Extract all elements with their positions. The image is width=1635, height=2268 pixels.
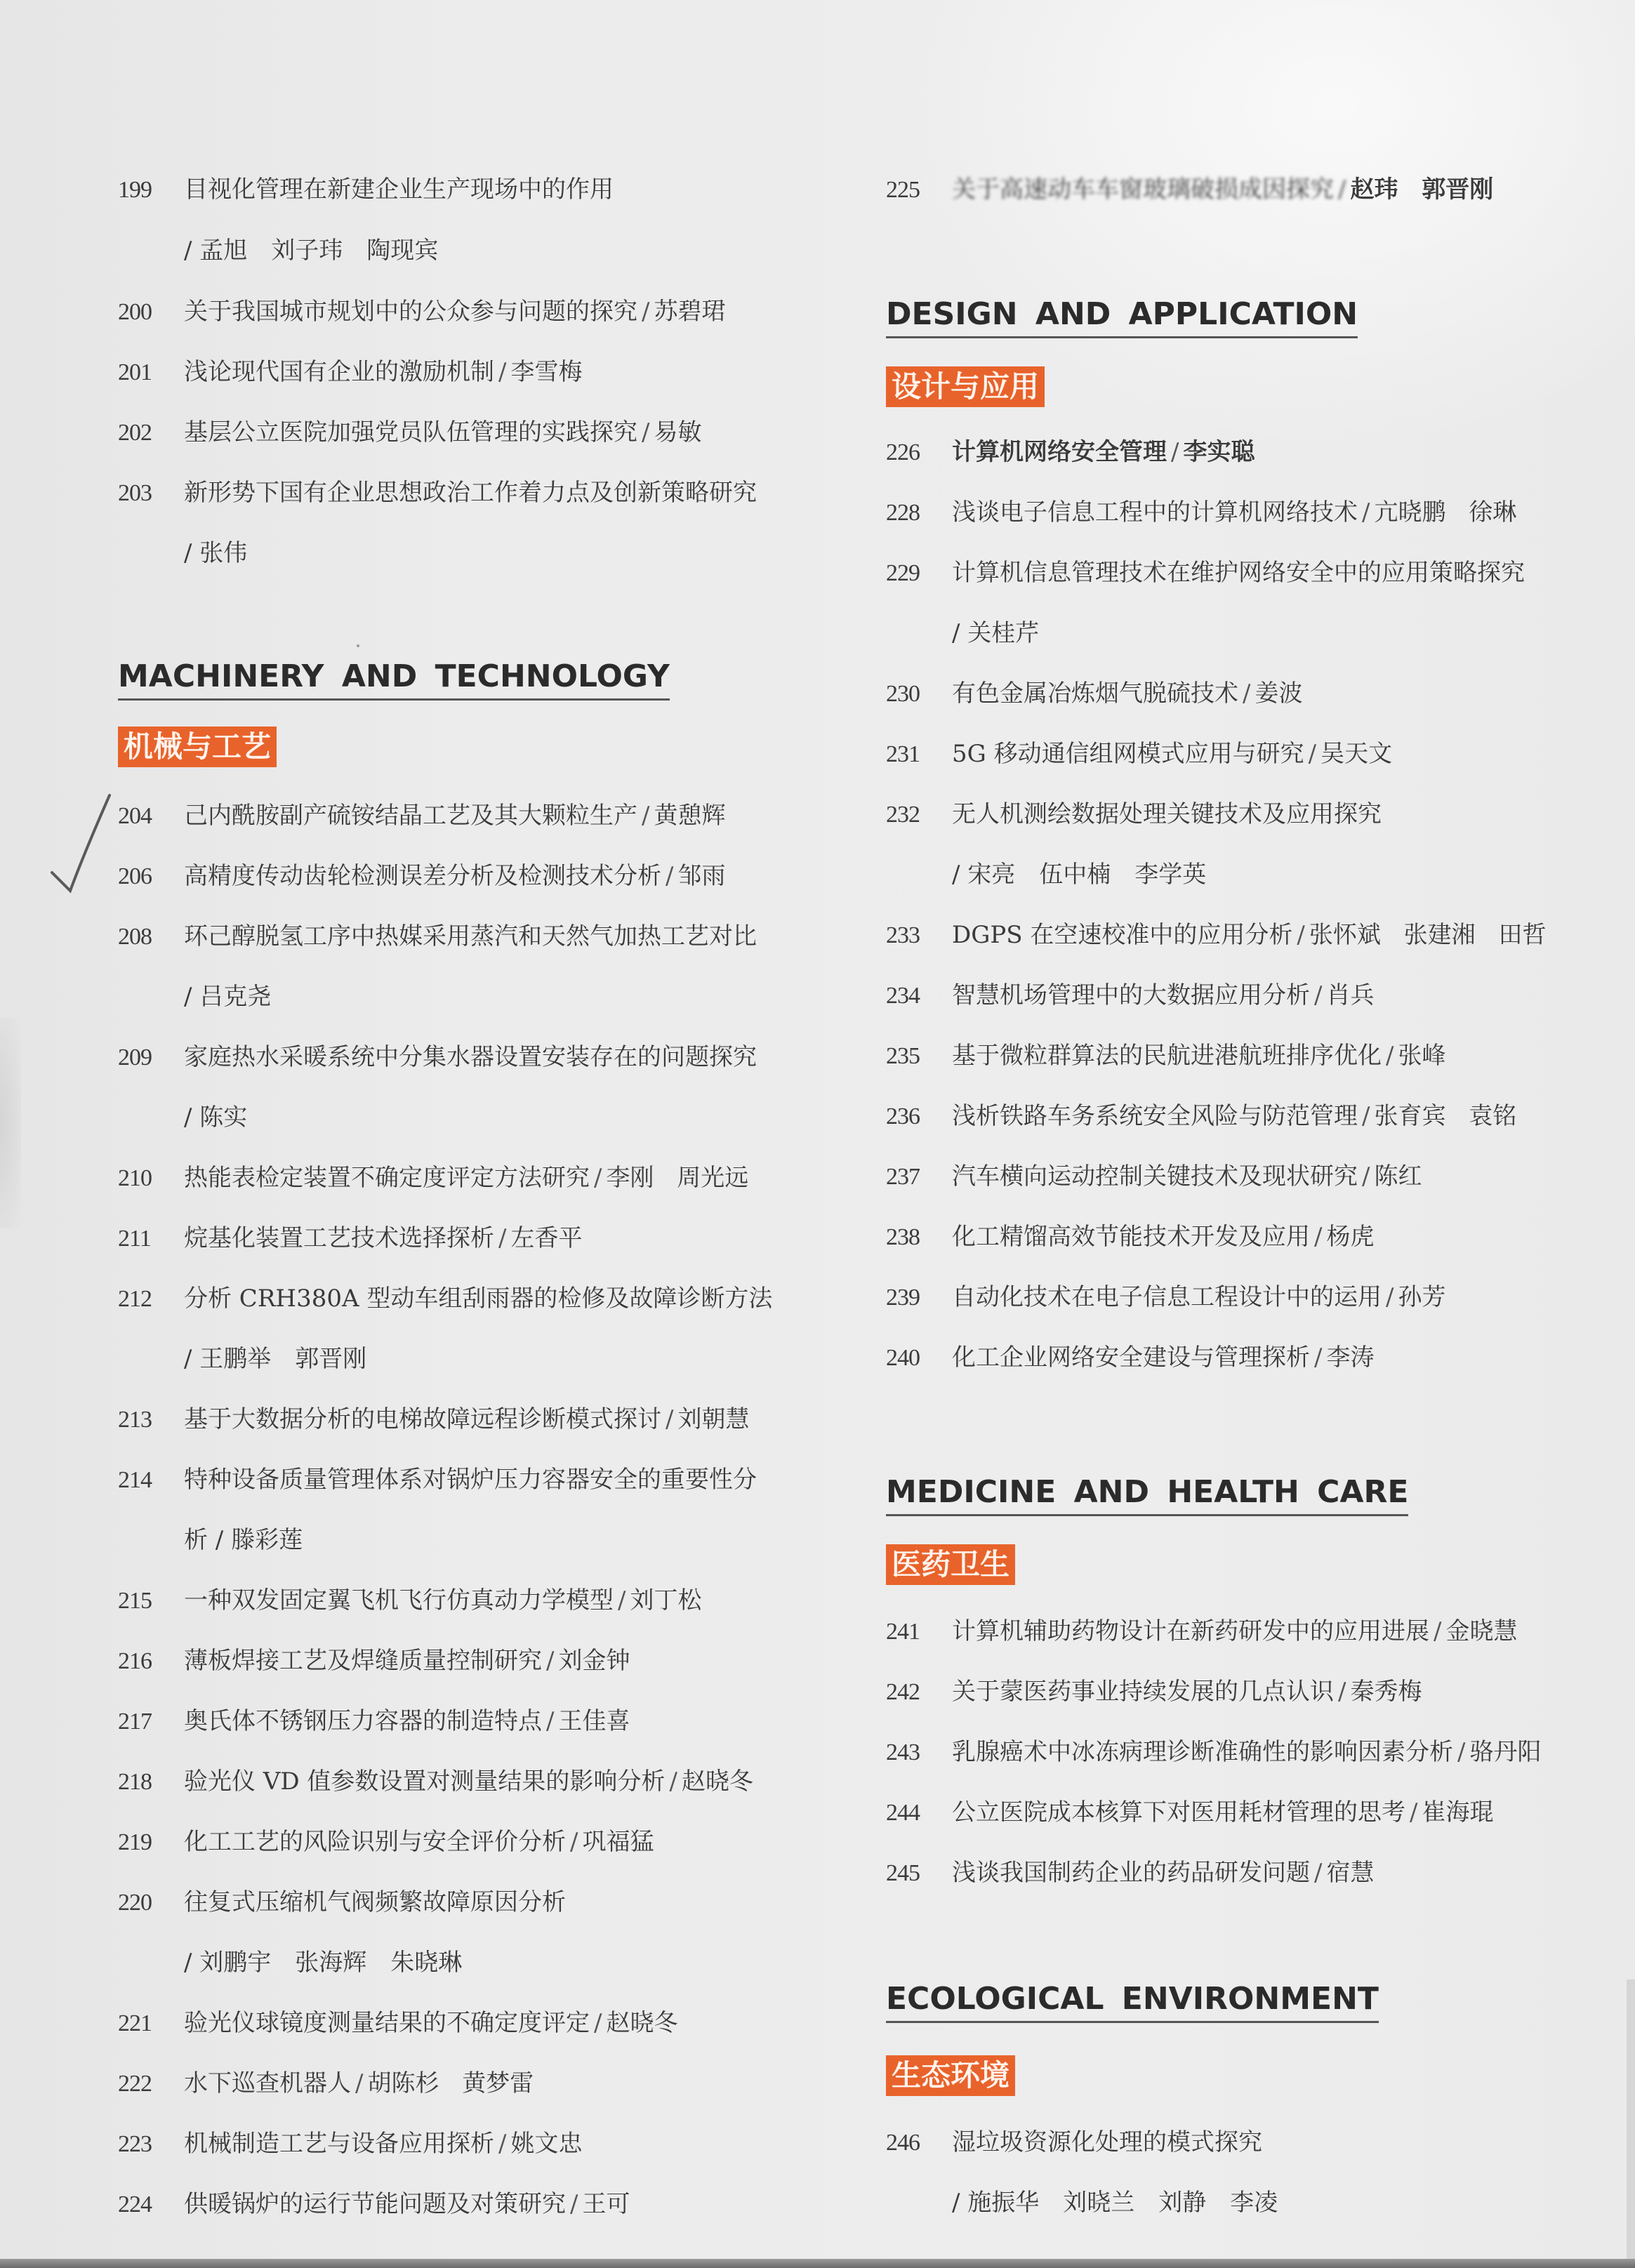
toc-entry[interactable]: 232无人机测绘数据处理关键技术及应用探究 bbox=[886, 799, 1382, 830]
article-authors: 刘朝慧 bbox=[677, 1405, 749, 1433]
page-number: 220 bbox=[118, 1888, 184, 1918]
article-authors: 张怀斌 张建湘 田哲 bbox=[1309, 921, 1547, 949]
article-title: 5G 移动通信组网模式应用与研究 bbox=[952, 740, 1304, 768]
article-authors: 张峰 bbox=[1398, 1042, 1445, 1070]
article-title: 浅论现代国有企业的激励机制 bbox=[184, 358, 494, 386]
toc-entry-authors: / 孟旭 刘子玮 陶现宾 bbox=[184, 235, 438, 266]
article-title: 浅析铁路车务系统安全风险与防范管理 bbox=[952, 1102, 1358, 1130]
article-authors: 赵玮 郭晋刚 bbox=[1350, 175, 1493, 204]
page-number: 246 bbox=[886, 2128, 952, 2158]
article-authors: 赵晓冬 bbox=[606, 2009, 677, 2037]
page-number: 209 bbox=[118, 1042, 184, 1073]
check-mark-icon bbox=[42, 790, 126, 895]
toc-entry-authors: / 宋亮 伍中楠 李学英 bbox=[952, 859, 1206, 890]
article-authors: 刘金钟 bbox=[558, 1647, 630, 1675]
toc-entry[interactable]: 218验光仪 VD 值参数设置对测量结果的影响分析/赵晓冬 bbox=[118, 1766, 753, 1798]
page-number: 208 bbox=[118, 922, 184, 953]
article-authors: 易敏 bbox=[654, 418, 701, 446]
article-authors: 孙芳 bbox=[1398, 1283, 1445, 1311]
toc-entry[interactable]: 199目视化管理在新建企业生产现场中的作用 bbox=[118, 174, 614, 206]
article-title: 有色金属冶炼烟气脱硫技术 bbox=[952, 679, 1238, 708]
page-number: 211 bbox=[118, 1223, 184, 1254]
toc-entry[interactable]: 243乳腺癌术中冰冻病理诊断准确性的影响因素分析/骆丹阳 bbox=[886, 1737, 1541, 1768]
toc-entry[interactable]: 220往复式压缩机气阀频繁故障原因分析 bbox=[118, 1887, 566, 1918]
article-authors: 邹雨 bbox=[677, 862, 725, 890]
toc-entry-authors: / 关桂芹 bbox=[952, 618, 1039, 649]
page-number: 200 bbox=[118, 297, 184, 328]
section-heading-en: DESIGN AND APPLICATION bbox=[886, 296, 1358, 338]
toc-entry[interactable]: 233DGPS 在空速校准中的应用分析/张怀斌 张建湘 田哲 bbox=[886, 920, 1547, 951]
article-authors: 李实聪 bbox=[1183, 438, 1255, 466]
article-title: 湿垃圾资源化处理的模式探究 bbox=[952, 2128, 1262, 2156]
separator: / bbox=[1310, 1223, 1326, 1251]
toc-entry-authors: / 吕克尧 bbox=[184, 981, 271, 1012]
toc-entry[interactable]: 223机械制造工艺与设备应用探析/姚文忠 bbox=[118, 2128, 582, 2160]
toc-entry[interactable]: 238化工精馏高效节能技术开发及应用/杨虎 bbox=[886, 1221, 1374, 1253]
separator: / bbox=[1429, 1617, 1445, 1645]
toc-entry[interactable]: 203新形势下国有企业思想政治工作着力点及创新策略研究 bbox=[118, 477, 757, 509]
article-authors: 杨虎 bbox=[1326, 1223, 1374, 1251]
article-title: 基层公立医院加强党员队伍管理的实践探究 bbox=[184, 418, 637, 446]
separator: / bbox=[1358, 1162, 1374, 1191]
toc-entry[interactable]: 244公立医院成本核算下对医用耗材管理的思考/崔海琨 bbox=[886, 1797, 1493, 1829]
scan-speck bbox=[357, 644, 359, 647]
page-number: 218 bbox=[118, 1767, 184, 1798]
page-number: 201 bbox=[118, 357, 184, 388]
article-title: 特种设备质量管理体系对锅炉压力容器安全的重要性分 bbox=[184, 1466, 757, 1494]
toc-entry[interactable]: 237汽车横向运动控制关键技术及现状研究/陈红 bbox=[886, 1161, 1422, 1193]
separator: / bbox=[1310, 1344, 1326, 1372]
article-authors: 宿慧 bbox=[1326, 1859, 1374, 1887]
section-label-cn: 设计与应用 bbox=[886, 366, 1045, 407]
page-number: 226 bbox=[886, 437, 952, 468]
article-authors: 亢晓鹏 徐琳 bbox=[1374, 498, 1516, 526]
page-edge bbox=[1627, 1979, 1635, 2268]
article-title: 验光仪 VD 值参数设置对测量结果的影响分析 bbox=[184, 1768, 665, 1796]
separator: / bbox=[1405, 1798, 1422, 1826]
toc-entry[interactable]: 215一种双发固定翼飞机飞行仿真动力学模型/刘丁松 bbox=[118, 1585, 701, 1617]
toc-entry[interactable]: 234智慧机场管理中的大数据应用分析/肖兵 bbox=[886, 980, 1374, 1012]
separator: / bbox=[637, 298, 654, 326]
article-title: 烷基化装置工艺技术选择探析 bbox=[184, 1224, 494, 1252]
article-authors: 王可 bbox=[582, 2190, 630, 2218]
article-title: 化工企业网络安全建设与管理探析 bbox=[952, 1344, 1310, 1372]
article-title: 验光仪球镜度测量结果的不确定度评定 bbox=[184, 2009, 590, 2037]
article-title: 化工精馏高效节能技术开发及应用 bbox=[952, 1223, 1310, 1251]
page-number: 210 bbox=[118, 1163, 184, 1194]
separator: / bbox=[1453, 1738, 1469, 1766]
article-authors: 赵晓冬 bbox=[682, 1768, 753, 1796]
article-title: 浅谈我国制药企业的药品研发问题 bbox=[952, 1859, 1310, 1887]
page-number: 216 bbox=[118, 1646, 184, 1677]
separator: / bbox=[1382, 1042, 1398, 1070]
toc-entry[interactable]: 202基层公立医院加强党员队伍管理的实践探究/易敏 bbox=[118, 417, 701, 449]
toc-entry[interactable]: 206高精度传动齿轮检测误差分析及检测技术分析/邹雨 bbox=[118, 861, 725, 892]
page-number: 239 bbox=[886, 1282, 952, 1313]
page-number: 242 bbox=[886, 1677, 952, 1708]
toc-entry[interactable]: 224供暖锅炉的运行节能问题及对策研究/王可 bbox=[118, 2189, 630, 2220]
separator: / bbox=[494, 358, 510, 386]
page-number: 222 bbox=[118, 2069, 184, 2100]
article-authors: 张育宾 袁铭 bbox=[1374, 1102, 1516, 1130]
toc-entry[interactable]: 235基于微粒群算法的民航进港航班排序优化/张峰 bbox=[886, 1040, 1445, 1072]
toc-entry[interactable]: 228浅谈电子信息工程中的计算机网络技术/亢晓鹏 徐琳 bbox=[886, 497, 1516, 529]
article-authors: 肖兵 bbox=[1326, 981, 1374, 1009]
separator: / bbox=[637, 418, 654, 446]
toc-entry-authors: / 施振华 刘晓兰 刘静 李凌 bbox=[952, 2187, 1278, 2218]
toc-entry[interactable]: 211烷基化装置工艺技术选择探析/左香平 bbox=[118, 1223, 582, 1254]
article-authors: 姜波 bbox=[1255, 679, 1302, 708]
separator: / bbox=[566, 1828, 582, 1856]
separator: / bbox=[661, 862, 677, 890]
page-number: 202 bbox=[118, 418, 184, 449]
separator: / bbox=[590, 2009, 606, 2037]
section-heading-en: ECOLOGICAL ENVIRONMENT bbox=[886, 1981, 1379, 2023]
separator: / bbox=[1304, 740, 1320, 768]
separator: / bbox=[1310, 981, 1326, 1009]
article-title: 环己醇脱氢工序中热媒采用蒸汽和天然气加热工艺对比 bbox=[184, 922, 757, 950]
toc-entry-authors: / 刘鹏宇 张海辉 朱晓琳 bbox=[184, 1947, 462, 1978]
toc-entry[interactable]: 229计算机信息管理技术在维护网络安全中的应用策略探究 bbox=[886, 557, 1525, 589]
article-title: 关于我国城市规划中的公众参与问题的探究 bbox=[184, 298, 637, 326]
toc-entry[interactable]: 208环己醇脱氢工序中热媒采用蒸汽和天然气加热工艺对比 bbox=[118, 921, 757, 953]
toc-entry-authors: 析 / 滕彩莲 bbox=[184, 1525, 303, 1556]
page-number: 204 bbox=[118, 801, 184, 832]
separator: / bbox=[542, 1647, 558, 1675]
toc-entry[interactable]: 213基于大数据分析的电梯故障远程诊断模式探讨/刘朝慧 bbox=[118, 1404, 749, 1435]
article-authors: 姚文忠 bbox=[510, 2130, 582, 2158]
toc-entry[interactable]: 201浅论现代国有企业的激励机制/李雪梅 bbox=[118, 357, 582, 388]
article-title: 计算机信息管理技术在维护网络安全中的应用策略探究 bbox=[952, 559, 1525, 587]
article-title: 高精度传动齿轮检测误差分析及检测技术分析 bbox=[184, 862, 661, 890]
toc-entry[interactable]: 204己内酰胺副产硫铵结晶工艺及其大颗粒生产/黄憩辉 bbox=[118, 800, 725, 832]
toc-entry[interactable]: 239自动化技术在电子信息工程设计中的运用/孙芳 bbox=[886, 1282, 1445, 1313]
toc-entry[interactable]: 226计算机网络安全管理/李实聪 bbox=[886, 437, 1255, 468]
section-label-cn: 医药卫生 bbox=[886, 1544, 1015, 1585]
scan-shadow bbox=[0, 1018, 21, 1228]
separator: / bbox=[351, 2069, 367, 2097]
toc-entry[interactable]: 225关于高速动车车窗玻璃破损成因探究/赵玮 郭晋刚 bbox=[886, 174, 1493, 206]
page-number: 215 bbox=[118, 1586, 184, 1617]
page-number: 243 bbox=[886, 1737, 952, 1768]
article-title: DGPS 在空速校准中的应用分析 bbox=[952, 921, 1292, 949]
toc-entry[interactable]: 246湿垃圾资源化处理的模式探究 bbox=[886, 2127, 1262, 2158]
toc-entry[interactable]: 212分析 CRH380A 型动车组刮雨器的检修及故障诊断方法 bbox=[118, 1283, 772, 1315]
article-title: 公立医院成本核算下对医用耗材管理的思考 bbox=[952, 1798, 1405, 1826]
article-authors: 崔海琨 bbox=[1422, 1798, 1493, 1826]
separator: / bbox=[1334, 175, 1350, 204]
page-number: 238 bbox=[886, 1222, 952, 1253]
section-label-cn: 机械与工艺 bbox=[118, 727, 277, 767]
toc-entry[interactable]: 240化工企业网络安全建设与管理探析/李涛 bbox=[886, 1342, 1374, 1374]
page-number: 199 bbox=[118, 175, 184, 206]
article-title: 供暖锅炉的运行节能问题及对策研究 bbox=[184, 2190, 566, 2218]
page-number: 240 bbox=[886, 1343, 952, 1374]
article-authors: 李刚 周光远 bbox=[606, 1164, 748, 1192]
toc-entry[interactable]: 209家庭热水采暖系统中分集水器设置安装存在的问题探究 bbox=[118, 1042, 757, 1073]
separator: / bbox=[665, 1768, 681, 1796]
toc-entry[interactable]: 230有色金属冶炼烟气脱硫技术/姜波 bbox=[886, 678, 1302, 710]
page-number: 234 bbox=[886, 981, 952, 1012]
page-number: 214 bbox=[118, 1465, 184, 1496]
article-title: 分析 CRH380A 型动车组刮雨器的检修及故障诊断方法 bbox=[184, 1285, 772, 1313]
article-authors: 刘丁松 bbox=[630, 1586, 701, 1614]
article-title: 目视化管理在新建企业生产现场中的作用 bbox=[184, 175, 614, 204]
article-title: 热能表检定装置不确定度评定方法研究 bbox=[184, 1164, 590, 1192]
article-title: 一种双发固定翼飞机飞行仿真动力学模型 bbox=[184, 1586, 614, 1614]
article-title: 汽车横向运动控制关键技术及现状研究 bbox=[952, 1162, 1358, 1191]
page-number: 232 bbox=[886, 800, 952, 830]
article-title: 基于微粒群算法的民航进港航班排序优化 bbox=[952, 1042, 1382, 1070]
toc-entry[interactable]: 219化工工艺的风险识别与安全评价分析/巩福猛 bbox=[118, 1826, 654, 1858]
article-authors: 骆丹阳 bbox=[1469, 1738, 1541, 1766]
article-authors: 左香平 bbox=[510, 1224, 582, 1252]
page-number: 213 bbox=[118, 1405, 184, 1435]
article-title: 智慧机场管理中的大数据应用分析 bbox=[952, 981, 1310, 1009]
page-number: 212 bbox=[118, 1284, 184, 1315]
article-title: 乳腺癌术中冰冻病理诊断准确性的影响因素分析 bbox=[952, 1738, 1453, 1766]
article-title: 薄板焊接工艺及焊缝质量控制研究 bbox=[184, 1647, 542, 1675]
article-title: 己内酰胺副产硫铵结晶工艺及其大颗粒生产 bbox=[184, 802, 637, 830]
page-background bbox=[0, 0, 1635, 2268]
separator: / bbox=[1292, 921, 1309, 949]
page-number: 224 bbox=[118, 2189, 184, 2220]
article-authors: 黄憩辉 bbox=[654, 802, 725, 830]
separator: / bbox=[1382, 1283, 1398, 1311]
article-title: 计算机辅助药物设计在新药研发中的应用进展 bbox=[952, 1617, 1429, 1645]
article-title: 关于高速动车车窗玻璃破损成因探究 bbox=[952, 175, 1334, 204]
page-number: 233 bbox=[886, 920, 952, 951]
separator: / bbox=[614, 1586, 630, 1614]
article-authors: 王佳喜 bbox=[558, 1707, 630, 1735]
separator: / bbox=[1167, 438, 1183, 466]
article-title: 往复式压缩机气阀频繁故障原因分析 bbox=[184, 1888, 566, 1916]
separator: / bbox=[1334, 1678, 1350, 1706]
article-authors: 金晓慧 bbox=[1445, 1617, 1517, 1645]
page-number: 217 bbox=[118, 1706, 184, 1737]
toc-entry[interactable]: 214特种设备质量管理体系对锅炉压力容器安全的重要性分 bbox=[118, 1464, 757, 1496]
article-title: 机械制造工艺与设备应用探析 bbox=[184, 2130, 494, 2158]
article-title: 基于大数据分析的电梯故障远程诊断模式探讨 bbox=[184, 1405, 661, 1433]
toc-entry[interactable]: 236浅析铁路车务系统安全风险与防范管理/张育宾 袁铭 bbox=[886, 1101, 1516, 1132]
page-number: 219 bbox=[118, 1827, 184, 1858]
article-title: 水下巡查机器人 bbox=[184, 2069, 351, 2097]
article-title: 家庭热水采暖系统中分集水器设置安装存在的问题探究 bbox=[184, 1043, 757, 1071]
article-title: 奥氏体不锈钢压力容器的制造特点 bbox=[184, 1707, 542, 1735]
article-authors: 秦秀梅 bbox=[1350, 1678, 1422, 1706]
page-number: 236 bbox=[886, 1101, 952, 1132]
page-number: 221 bbox=[118, 2008, 184, 2039]
toc-entry[interactable]: 245浅谈我国制药企业的药品研发问题/宿慧 bbox=[886, 1857, 1374, 1889]
article-title: 无人机测绘数据处理关键技术及应用探究 bbox=[952, 800, 1382, 828]
page-number: 244 bbox=[886, 1798, 952, 1829]
separator: / bbox=[494, 1224, 510, 1252]
article-title: 计算机网络安全管理 bbox=[952, 438, 1167, 466]
separator: / bbox=[1238, 679, 1255, 708]
separator: / bbox=[1358, 498, 1374, 526]
toc-entry[interactable]: 222水下巡查机器人/胡陈杉 黄梦雷 bbox=[118, 2068, 534, 2100]
toc-entry[interactable]: 200关于我国城市规划中的公众参与问题的探究/苏碧珺 bbox=[118, 296, 725, 328]
article-title: 新形势下国有企业思想政治工作着力点及创新策略研究 bbox=[184, 479, 757, 507]
separator: / bbox=[661, 1405, 677, 1433]
page-number: 203 bbox=[118, 478, 184, 509]
article-authors: 李雪梅 bbox=[510, 358, 582, 386]
article-authors: 胡陈杉 黄梦雷 bbox=[367, 2069, 534, 2097]
article-authors: 李涛 bbox=[1326, 1344, 1374, 1372]
separator: / bbox=[590, 1164, 606, 1192]
toc-entry-authors: / 张伟 bbox=[184, 538, 247, 569]
section-label-cn: 生态环境 bbox=[886, 2055, 1015, 2096]
page-number: 241 bbox=[886, 1617, 952, 1647]
toc-entry-authors: / 陈实 bbox=[184, 1102, 247, 1133]
page-number: 237 bbox=[886, 1162, 952, 1193]
article-title: 浅谈电子信息工程中的计算机网络技术 bbox=[952, 498, 1358, 526]
page-number: 231 bbox=[886, 739, 952, 770]
separator: / bbox=[542, 1707, 558, 1735]
article-title: 关于蒙医药事业持续发展的几点认识 bbox=[952, 1678, 1334, 1706]
article-title: 自动化技术在电子信息工程设计中的运用 bbox=[952, 1283, 1382, 1311]
toc-entry[interactable]: 221验光仪球镜度测量结果的不确定度评定/赵晓冬 bbox=[118, 2008, 677, 2039]
article-authors: 陈红 bbox=[1374, 1162, 1422, 1191]
toc-entry[interactable]: 242关于蒙医药事业持续发展的几点认识/秦秀梅 bbox=[886, 1676, 1422, 1708]
page-number: 228 bbox=[886, 498, 952, 529]
toc-entry[interactable]: 210热能表检定装置不确定度评定方法研究/李刚 周光远 bbox=[118, 1162, 748, 1194]
page-number: 206 bbox=[118, 861, 184, 892]
page-number: 235 bbox=[886, 1041, 952, 1072]
article-title: 化工工艺的风险识别与安全评价分析 bbox=[184, 1828, 566, 1856]
section-heading-en: MEDICINE AND HEALTH CARE bbox=[886, 1474, 1408, 1516]
separator: / bbox=[494, 2130, 510, 2158]
page-number: 245 bbox=[886, 1858, 952, 1889]
section-heading-en: MACHINERY AND TECHNOLOGY bbox=[118, 658, 670, 701]
separator: / bbox=[566, 2190, 582, 2218]
page-number: 230 bbox=[886, 679, 952, 710]
toc-entry[interactable]: 2315G 移动通信组网模式应用与研究/吴天文 bbox=[886, 738, 1392, 770]
toc-entry[interactable]: 217奥氏体不锈钢压力容器的制造特点/王佳喜 bbox=[118, 1706, 630, 1737]
separator: / bbox=[1358, 1102, 1374, 1130]
toc-entry[interactable]: 216薄板焊接工艺及焊缝质量控制研究/刘金钟 bbox=[118, 1645, 630, 1677]
page-number: 223 bbox=[118, 2129, 184, 2160]
page-number: 225 bbox=[886, 175, 952, 206]
article-authors: 苏碧珺 bbox=[654, 298, 725, 326]
scan-bottom-edge bbox=[0, 2259, 1635, 2268]
article-authors: 巩福猛 bbox=[582, 1828, 654, 1856]
toc-entry[interactable]: 241计算机辅助药物设计在新药研发中的应用进展/金晓慧 bbox=[886, 1616, 1517, 1647]
page-number: 229 bbox=[886, 558, 952, 589]
separator: / bbox=[1310, 1859, 1326, 1887]
separator: / bbox=[637, 802, 654, 830]
toc-entry-authors: / 王鹏举 郭晋刚 bbox=[184, 1344, 366, 1374]
article-authors: 吴天文 bbox=[1320, 740, 1392, 768]
